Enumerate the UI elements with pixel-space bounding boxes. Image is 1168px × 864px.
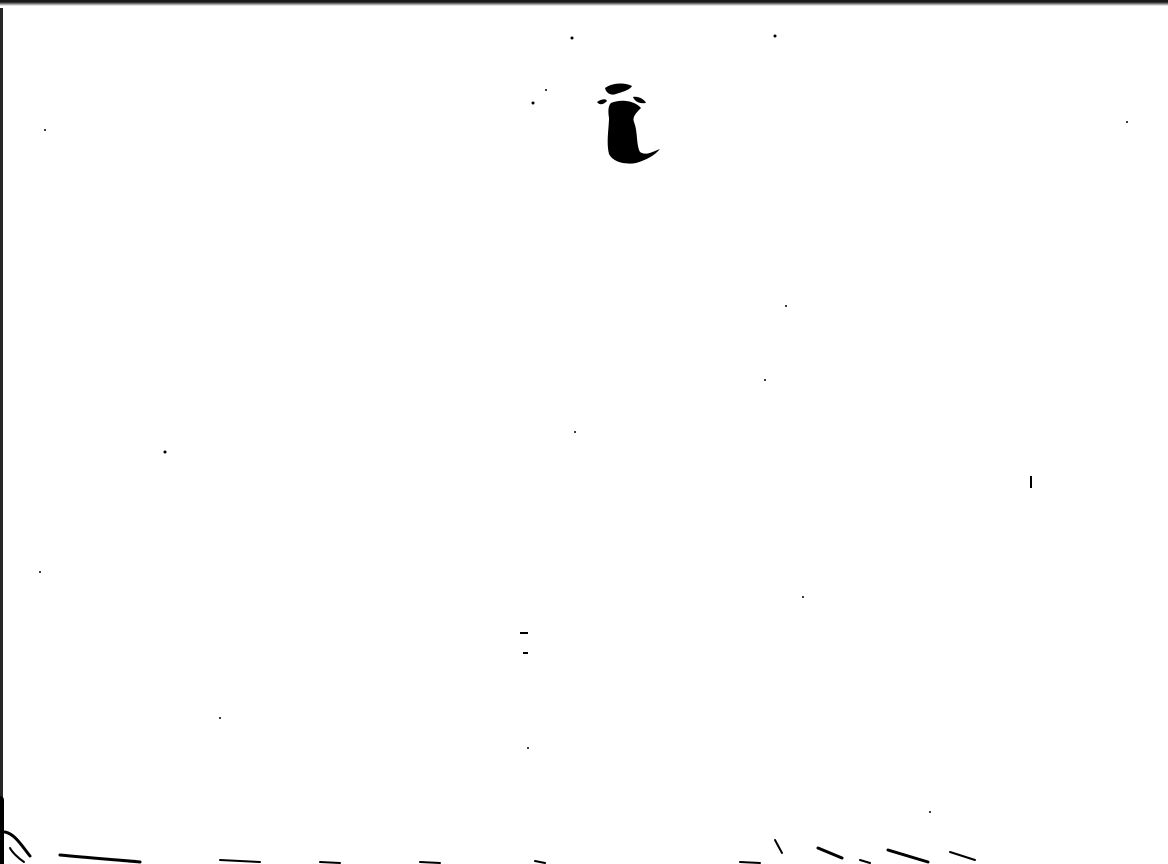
central-blob [532, 84, 661, 164]
marks-layer [0, 0, 1168, 864]
paper-sheet [0, 0, 1168, 864]
speck-noise [39, 35, 1128, 814]
bottom-edge-streaks [0, 800, 975, 864]
